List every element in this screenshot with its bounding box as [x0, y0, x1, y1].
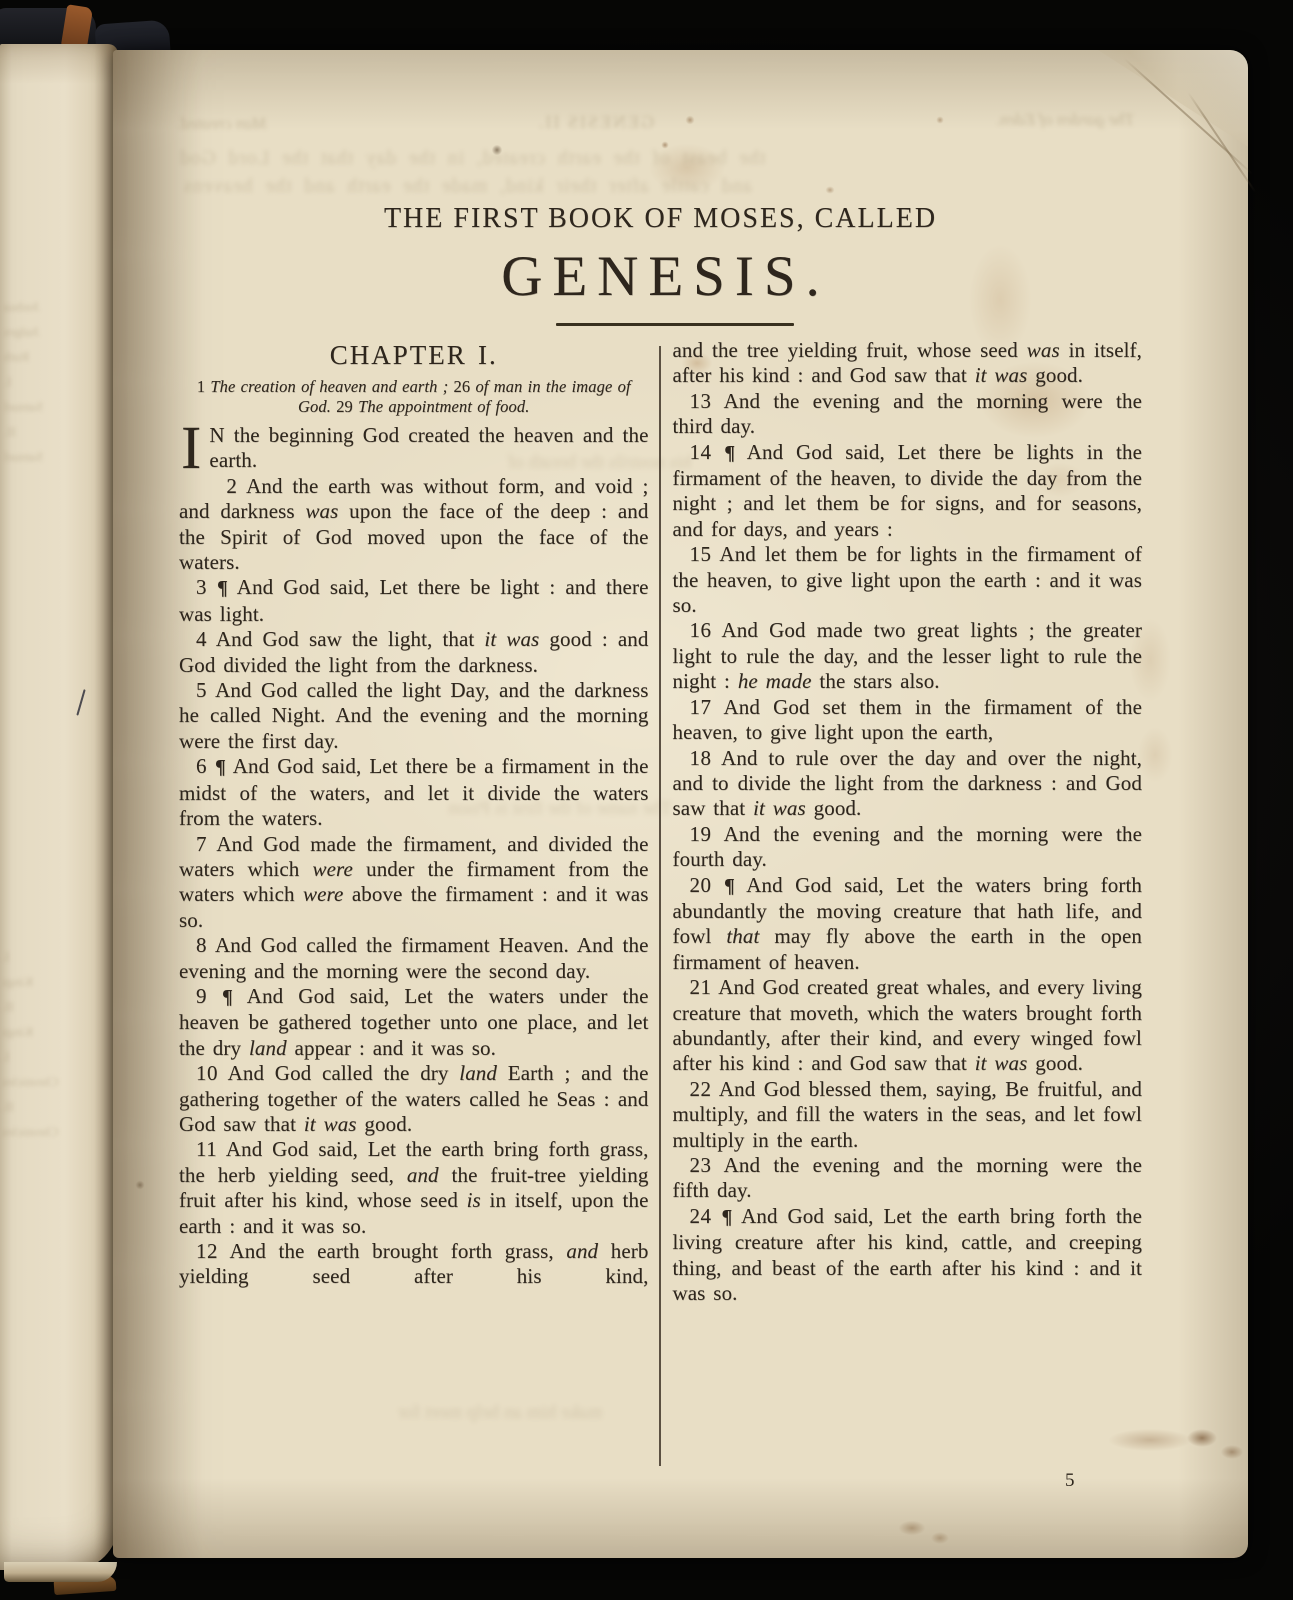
verse-number: 2 — [226, 474, 237, 498]
bible-page: Man created. GENESIS II. The garden of E… — [113, 50, 1248, 1558]
left-column: CHAPTER I. 1 The creation of heaven and … — [179, 338, 649, 1306]
verses-right: and the tree yielding fruit, whose seed … — [673, 338, 1143, 1306]
verse-number: 12 — [196, 1239, 218, 1263]
verse-number: 5 — [196, 678, 207, 702]
verse-number: 9 — [196, 984, 207, 1008]
verse-8: 8 And God called the firmament Heaven. A… — [179, 933, 649, 984]
pilcrow-mark: ¶ — [724, 875, 735, 897]
title-rule — [556, 323, 794, 326]
verse-5: 5 And God called the light Day, and the … — [179, 678, 649, 754]
verse-11: 11 And God said, Let the earth bring for… — [179, 1137, 649, 1239]
verse-24: 24 ¶ And God said, Let the earth bring f… — [673, 1204, 1143, 1307]
book-title: GENESIS. — [179, 246, 1142, 308]
verse-number: 14 — [690, 440, 712, 464]
verse-1: IN the beginning God created the heaven … — [179, 423, 649, 474]
verse-12: 12 And the earth brought forth grass, an… — [179, 1239, 649, 1290]
book-series-line: THE FIRST BOOK OF MOSES, CALLED — [179, 202, 1142, 236]
page-content: THE FIRST BOOK OF MOSES, CALLED GENESIS.… — [113, 50, 1248, 1558]
column-divider — [659, 346, 661, 1466]
verses-left: IN the beginning God created the heaven … — [179, 423, 649, 1290]
verse-6: 6 ¶ And God said, Let there be a firmame… — [179, 754, 649, 831]
verse-number: 23 — [690, 1153, 712, 1177]
verse-number: 19 — [690, 822, 712, 846]
verse-20: 20 ¶ And God said, Let the waters bring … — [673, 873, 1143, 976]
facing-page-edge: Joshua Judges Ruth I. Samuel II. Samuel … — [0, 44, 118, 1570]
verse-number: 24 — [690, 1204, 712, 1228]
verse-number: 4 — [196, 627, 207, 651]
show-through-book-list: I. Kings II. Kings I. Chronicles II. Chr… — [2, 944, 94, 1274]
verse-2: 2 And the earth was without form, and vo… — [179, 474, 649, 576]
pilcrow-mark: ¶ — [721, 1206, 732, 1228]
verse-number: 6 — [196, 754, 207, 778]
verse-10: 10 And God called the dry land Earth ; a… — [179, 1061, 649, 1137]
pilcrow-mark: ¶ — [222, 986, 233, 1008]
pen-mark — [76, 689, 86, 716]
verse-number: 20 — [690, 873, 712, 897]
verse-number: 3 — [196, 575, 207, 599]
show-through-book-list: Joshua Judges Ruth I. Samuel II. Samuel — [4, 294, 96, 584]
verse-21: 21 And God created great whales, and eve… — [673, 975, 1143, 1077]
chapter-heading: CHAPTER I. — [179, 340, 649, 370]
pilcrow-mark: ¶ — [215, 756, 226, 778]
verse-14: 14 ¶ And God said, Let there be lights i… — [673, 440, 1143, 543]
verse-15: 15 And let them be for lights in the fir… — [673, 542, 1143, 618]
page-number: 5 — [1065, 1470, 1076, 1492]
verse-number: 10 — [196, 1061, 218, 1085]
verse-continuation: and the tree yielding fruit, whose seed … — [673, 338, 1143, 389]
pilcrow-mark: ¶ — [217, 577, 228, 599]
chapter-summary: 1 The creation of heaven and earth ; 26 … — [181, 377, 647, 416]
verse-number: 17 — [690, 695, 712, 719]
verse-number: 18 — [690, 746, 712, 770]
verse-22: 22 And God blessed them, saying, Be frui… — [673, 1077, 1143, 1153]
verse-number: 13 — [690, 389, 712, 413]
verse-13: 13 And the evening and the morning were … — [673, 389, 1143, 440]
verse-number: 11 — [196, 1137, 217, 1161]
verse-9: 9 ¶ And God said, Let the waters under t… — [179, 984, 649, 1061]
verse-3: 3 ¶ And God said, Let there be light : a… — [179, 575, 649, 627]
pilcrow-mark: ¶ — [724, 442, 735, 464]
verse-number: 7 — [196, 832, 207, 856]
verse-17: 17 And God set them in the firmament of … — [673, 695, 1143, 746]
verse-18: 18 And to rule over the day and over the… — [673, 746, 1143, 822]
verse-number: 21 — [690, 975, 712, 999]
drop-cap: I — [179, 423, 209, 474]
verse-16: 16 And God made two great lights ; the g… — [673, 618, 1143, 694]
verse-number: 22 — [690, 1077, 712, 1101]
verse-number: 15 — [690, 542, 712, 566]
verse-19: 19 And the evening and the morning were … — [673, 822, 1143, 873]
verse-7: 7 And God made the firmament, and divide… — [179, 832, 649, 934]
verse-number: 8 — [196, 933, 207, 957]
book-photo: Joshua Judges Ruth I. Samuel II. Samuel … — [0, 0, 1293, 1600]
verse-23: 23 And the evening and the morning were … — [673, 1153, 1143, 1204]
right-column: and the tree yielding fruit, whose seed … — [673, 338, 1143, 1306]
verse-number: 16 — [690, 618, 712, 642]
verse-4: 4 And God saw the light, that it was goo… — [179, 627, 649, 678]
